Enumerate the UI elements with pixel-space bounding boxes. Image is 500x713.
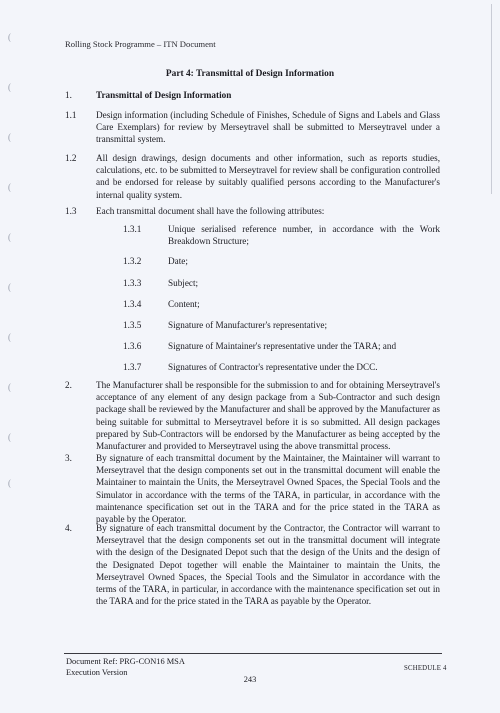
binding-hole-mark: (: [8, 232, 11, 242]
clause-number: 4.: [65, 523, 72, 533]
footer-divider: [64, 653, 442, 654]
attribute-text: Signature of Maintainer's representative…: [168, 340, 440, 352]
page-edge-shadow: [491, 4, 492, 194]
attribute-number: 1.3.7: [123, 362, 141, 372]
attribute-text: Signatures of Contractor's representativ…: [168, 361, 440, 373]
clause-text: Each transmittal document shall have the…: [96, 205, 440, 217]
attribute-number: 1.3.1: [123, 224, 141, 234]
binding-hole-mark: (: [8, 82, 11, 92]
binding-hole-mark: (: [8, 432, 11, 442]
part-title: Part 4: Transmittal of Design Informatio…: [0, 69, 500, 79]
running-header: Rolling Stock Programme – ITN Document: [65, 39, 216, 49]
clause-number: 1.1: [65, 110, 76, 120]
clause-text: By signature of each transmittal documen…: [96, 452, 440, 525]
attribute-number: 1.3.5: [123, 320, 141, 330]
binding-hole-mark: (: [8, 132, 11, 142]
binding-hole-mark: (: [8, 182, 11, 192]
document-page: ( ( ( ( ( ( ( ( ( ( Rolling Stock Progra…: [0, 0, 500, 713]
attribute-number: 1.3.6: [123, 341, 141, 351]
footer-schedule-label: SCHEDULE 4: [404, 665, 447, 672]
binding-hole-mark: (: [8, 32, 11, 42]
binding-hole-mark: (: [8, 382, 11, 392]
clause-number: 3.: [65, 453, 72, 463]
clause-number: 2.: [65, 380, 72, 390]
page-number: 243: [0, 675, 500, 684]
clause-text: By signature of each transmittal documen…: [96, 522, 440, 607]
attribute-text: Date;: [168, 255, 440, 267]
attribute-text: Unique serialised reference number, in a…: [168, 223, 440, 247]
clause-number: 1.2: [65, 153, 76, 163]
attribute-number: 1.3.4: [123, 299, 141, 309]
binding-hole-mark: (: [8, 478, 11, 488]
document-reference: Document Ref: PRG-CON16 MSA: [66, 657, 185, 668]
attribute-text: Subject;: [168, 277, 440, 289]
clause-text: The Manufacturer shall be responsible fo…: [96, 379, 440, 452]
attribute-number: 1.3.3: [123, 278, 141, 288]
section-number: 1.: [65, 90, 72, 100]
attribute-number: 1.3.2: [123, 256, 141, 266]
attribute-text: Content;: [168, 298, 440, 310]
binding-hole-mark: (: [8, 332, 11, 342]
section-heading: Transmittal of Design Information: [96, 90, 231, 100]
binding-hole-mark: (: [8, 282, 11, 292]
clause-number: 1.3: [65, 206, 76, 216]
attribute-text: Signature of Manufacturer's representati…: [168, 319, 440, 331]
clause-text: Design information (including Schedule o…: [96, 109, 440, 146]
clause-text: All design drawings, design documents an…: [96, 152, 440, 201]
